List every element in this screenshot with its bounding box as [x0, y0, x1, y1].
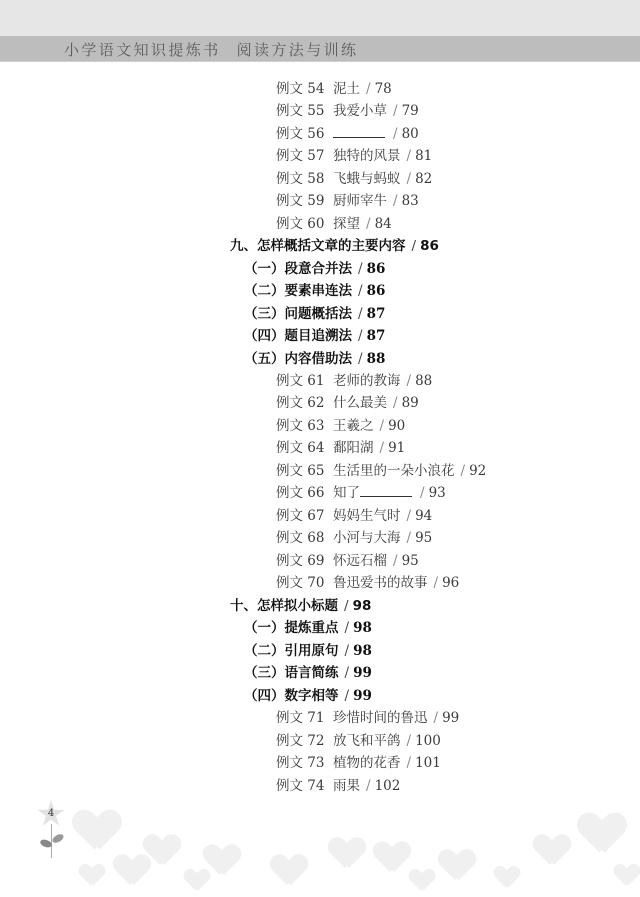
toc-entry-example-54[interactable]: 例文 54泥土/78 — [276, 79, 392, 99]
heart-icon — [410, 870, 434, 891]
toc-entry-example-67[interactable]: 例文 67妈妈生气时/94 — [276, 506, 432, 526]
heart-icon — [440, 850, 474, 880]
book-subtitle: 阅读方法与训练 — [237, 41, 359, 59]
heart-icon — [205, 845, 239, 875]
top-margin-band — [0, 0, 640, 37]
toc-entry-example-63[interactable]: 例文 63王羲之/90 — [276, 416, 405, 436]
toc-entry-example-71[interactable]: 例文 71珍惜时间的鲁迅/99 — [276, 708, 459, 728]
heart-icon — [535, 835, 569, 865]
toc-entry-example-57[interactable]: 例文 57独特的风景/81 — [276, 146, 432, 166]
toc-entry-example-56[interactable]: 例文 56/80 — [276, 124, 419, 144]
page-number: 4 — [36, 808, 66, 819]
toc-entry-example-68[interactable]: 例文 68小河与大海/95 — [276, 528, 432, 548]
heart-icon — [330, 838, 364, 868]
toc-chapter-9[interactable]: 九、怎样概括文章的主要内容/86 — [230, 236, 439, 256]
toc-entry-example-74[interactable]: 例文 74雨果/102 — [276, 776, 400, 796]
book-title: 小学语文知识提炼书 — [64, 41, 221, 59]
header-title: 小学语文知识提炼书阅读方法与训练 — [64, 39, 358, 60]
toc-section-10-4[interactable]: （四）数字相等/99 — [244, 686, 372, 706]
heart-icon — [272, 855, 306, 885]
toc-entry-example-66[interactable]: 例文 66知了/93 — [276, 483, 446, 503]
toc-entry-example-73[interactable]: 例文 73植物的花香/101 — [276, 753, 441, 773]
toc-section-9-2[interactable]: （二）要素串连法/86 — [244, 281, 385, 301]
title-blank-line — [333, 124, 385, 138]
toc-section-10-2[interactable]: （二）引用原句/98 — [244, 641, 372, 661]
toc-entry-example-65[interactable]: 例文 65生活里的一朵小浪花/92 — [276, 461, 486, 481]
toc-entry-example-64[interactable]: 例文 64鄱阳湖/91 — [276, 438, 405, 458]
heart-icon — [580, 814, 624, 853]
toc-section-9-3[interactable]: （三）问题概括法/87 — [244, 304, 385, 324]
toc-section-10-1[interactable]: （一）提炼重点/98 — [244, 618, 372, 638]
heart-icon — [75, 811, 119, 850]
heart-icon — [115, 855, 149, 885]
toc-section-10-3[interactable]: （三）语言简练/99 — [244, 663, 372, 683]
heart-icon — [80, 865, 104, 886]
toc-entry-example-69[interactable]: 例文 69怀远石榴/95 — [276, 551, 419, 571]
heart-icon — [495, 867, 519, 888]
toc-entry-example-58[interactable]: 例文 58飞蛾与蚂蚁/82 — [276, 169, 432, 189]
toc-entry-example-72[interactable]: 例文 72放飞和平鸽/100 — [276, 731, 441, 751]
running-header: 小学语文知识提炼书阅读方法与训练 — [0, 36, 640, 62]
toc-entry-example-59[interactable]: 例文 59厨师宰牛/83 — [276, 191, 419, 211]
heart-icon — [615, 865, 639, 886]
toc-section-9-1[interactable]: （一）段意合并法/86 — [244, 259, 385, 279]
page-number-flower: 4 — [36, 800, 66, 860]
title-blank-line — [360, 483, 412, 497]
toc-section-9-4[interactable]: （四）题目追溯法/87 — [244, 326, 385, 346]
toc-entry-example-61[interactable]: 例文 61老师的教诲/88 — [276, 371, 432, 391]
toc-entry-example-60[interactable]: 例文 60探望/84 — [276, 214, 392, 234]
footer-hearts-decoration — [0, 800, 640, 897]
toc-chapter-10[interactable]: 十、怎样拟小标题/98 — [230, 596, 371, 616]
toc-entry-example-70[interactable]: 例文 70鲁迅爱书的故事/96 — [276, 573, 459, 593]
toc-entry-example-62[interactable]: 例文 62什么最美/89 — [276, 393, 419, 413]
leaf-icon — [51, 832, 65, 844]
toc-entry-example-55[interactable]: 例文 55我爱小草/79 — [276, 101, 419, 121]
toc-section-9-5[interactable]: （五）内容借助法/88 — [244, 349, 385, 369]
heart-icon — [375, 842, 409, 872]
